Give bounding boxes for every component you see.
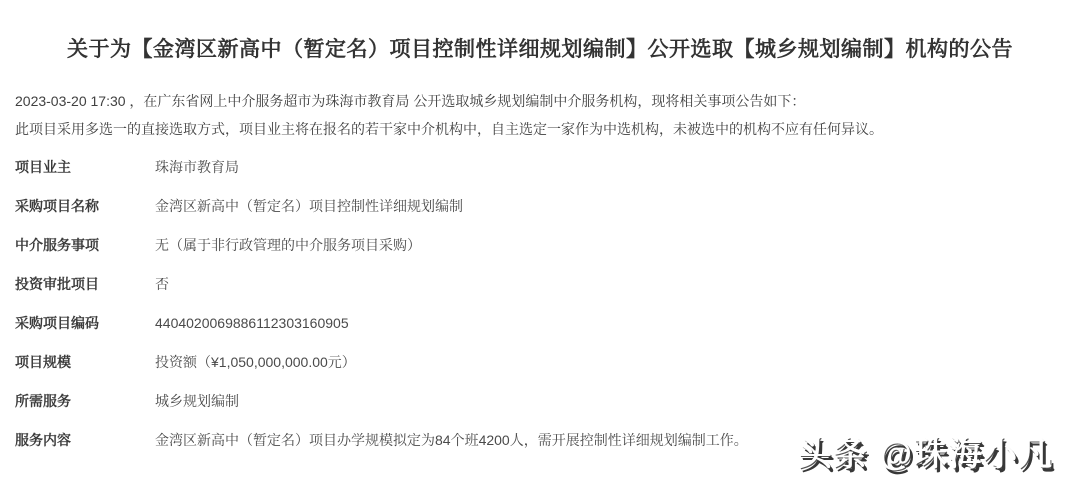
field-value: 无（属于非行政管理的中介服务项目采购）: [155, 238, 421, 253]
announcement-page: 关于为【金湾区新高中（暂定名）项目控制性详细规划编制】公开选取【城乡规划编制】机…: [0, 0, 1080, 477]
field-row-required-service: 所需服务 城乡规划编制: [15, 394, 1065, 409]
intro-line-datetime: 2023-03-20 17:30 ，在广东省网上中介服务超市为珠海市教育局 公开…: [15, 92, 1065, 110]
field-label: 所需服务: [15, 394, 155, 409]
intro-section: 2023-03-20 17:30 ，在广东省网上中介服务超市为珠海市教育局 公开…: [15, 92, 1065, 138]
field-row-project-scale: 项目规模 投资额（¥1,050,000,000.00元）: [15, 355, 1065, 370]
field-label: 投资审批项目: [15, 277, 155, 292]
field-value: 投资额（¥1,050,000,000.00元）: [155, 355, 356, 370]
field-row-project-owner: 项目业主 珠海市教育局: [15, 160, 1065, 175]
field-row-investment-approval: 投资审批项目 否: [15, 277, 1065, 292]
page-title: 关于为【金湾区新高中（暂定名）项目控制性详细规划编制】公开选取【城乡规划编制】机…: [0, 0, 1080, 64]
field-label: 服务内容: [15, 433, 155, 448]
field-label: 中介服务事项: [15, 238, 155, 253]
field-label: 采购项目编码: [15, 316, 155, 331]
field-value: 4404020069886112303160905: [155, 316, 349, 331]
field-label: 项目业主: [15, 160, 155, 175]
field-row-intermediary-service-item: 中介服务事项 无（属于非行政管理的中介服务项目采购）: [15, 238, 1065, 253]
fields-table: 项目业主 珠海市教育局 采购项目名称 金湾区新高中（暂定名）项目控制性详细规划编…: [15, 160, 1065, 448]
field-row-procurement-project-code: 采购项目编码 4404020069886112303160905: [15, 316, 1065, 331]
field-value: 金湾区新高中（暂定名）项目办学规模拟定为84个班4200人，需开展控制性详细规划…: [155, 433, 748, 448]
field-value: 城乡规划编制: [155, 394, 239, 409]
field-label: 项目规模: [15, 355, 155, 370]
field-row-service-content: 服务内容 金湾区新高中（暂定名）项目办学规模拟定为84个班4200人，需开展控制…: [15, 433, 1065, 448]
field-row-procurement-project-name: 采购项目名称 金湾区新高中（暂定名）项目控制性详细规划编制: [15, 199, 1065, 214]
field-label: 采购项目名称: [15, 199, 155, 214]
field-value: 否: [155, 277, 169, 292]
intro-line-selection-method: 此项目采用多选一的直接选取方式，项目业主将在报名的若干家中介机构中，自主选定一家…: [15, 120, 1065, 138]
field-value: 金湾区新高中（暂定名）项目控制性详细规划编制: [155, 199, 463, 214]
field-value: 珠海市教育局: [155, 160, 239, 175]
